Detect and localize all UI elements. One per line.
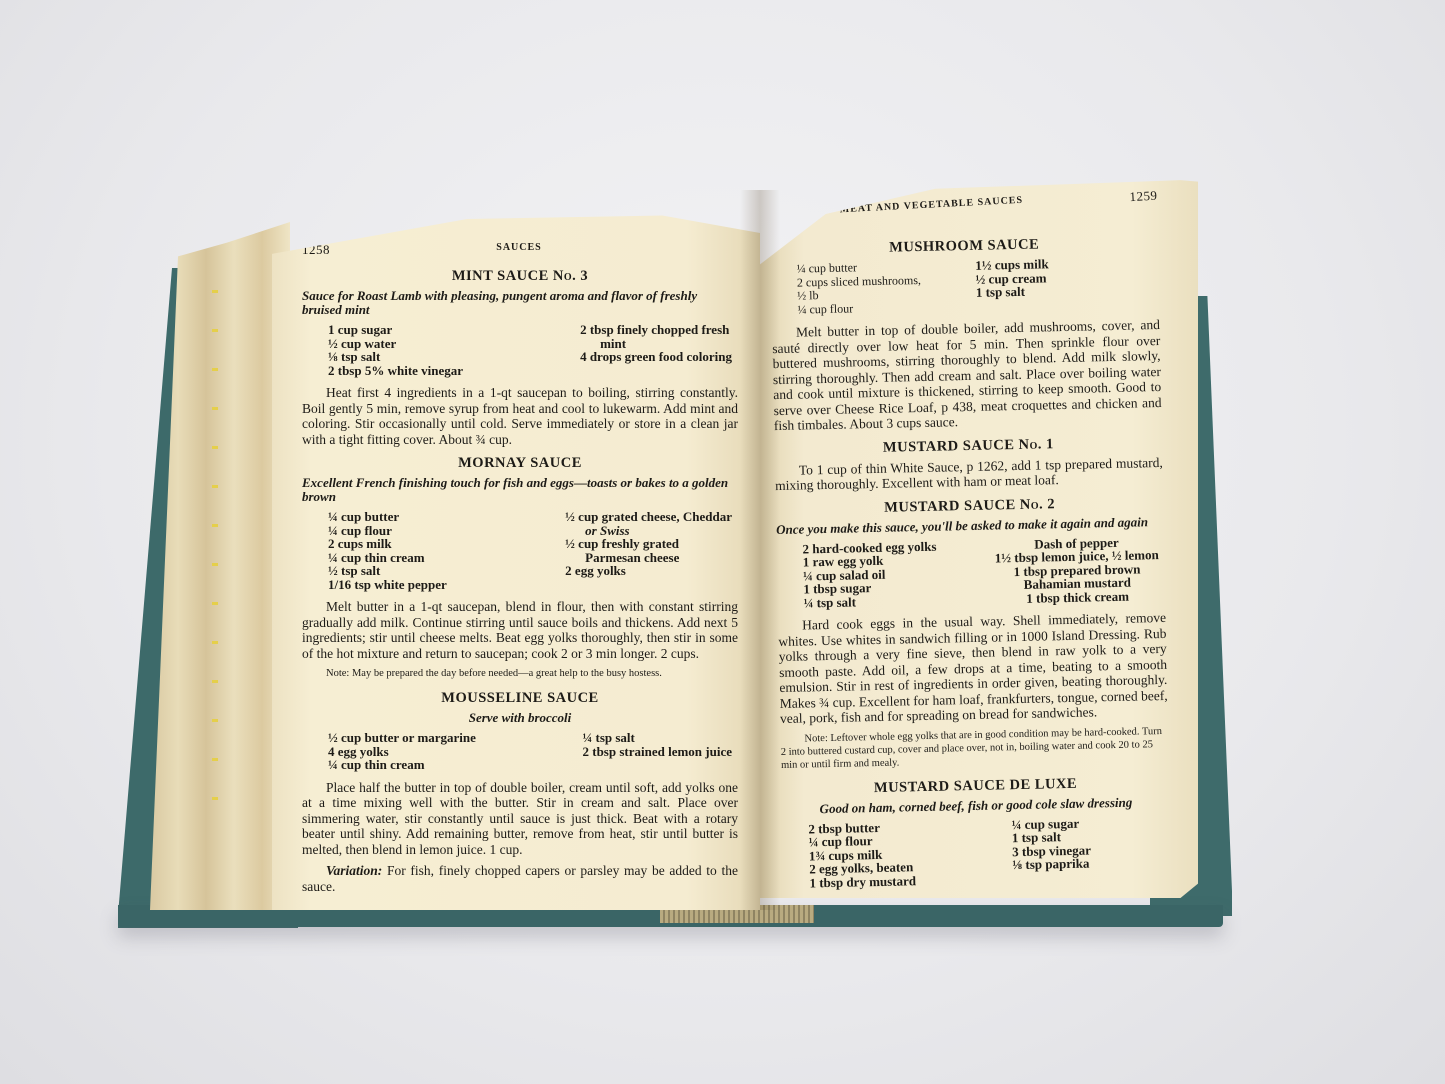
ingredient-list: ½ cup butter or margarine 4 egg yolks ¼ … <box>302 731 738 772</box>
ingredient: ½ cup butter or margarine <box>328 731 476 745</box>
recipe-method: Place half the butter in top of double b… <box>302 780 738 858</box>
ingredient: ¼ tsp salt <box>804 593 938 609</box>
ingredient: 2 tbsp 5% white vinegar <box>328 364 463 378</box>
recipe-mustard-sauce-1: MUSTARD SAUCE No. 1 To 1 cup of thin Whi… <box>774 433 1163 493</box>
section-title: SAUCES <box>496 242 541 258</box>
page-number: 1258 <box>302 242 330 258</box>
recipe-mousseline-sauce: MOUSSELINE SAUCE Serve with broccoli ½ c… <box>302 690 738 894</box>
ingredient-list: 2 tbsp butter ¼ cup flour 1¾ cups milk 2… <box>782 814 1171 890</box>
recipe-title: MINT SAUCE No. 3 <box>302 268 738 285</box>
ingredient: ¼ cup flour <box>797 300 921 316</box>
ingredient-list: 2 hard-cooked egg yolks 1 raw egg yolk ¼… <box>776 534 1165 610</box>
ingredient: 2 tbsp finely chopped fresh <box>580 323 732 337</box>
recipe-mustard-sauce-de-luxe: MUSTARD SAUCE DE LUXE Good on ham, corne… <box>781 773 1171 890</box>
recipe-subtitle: Excellent French finishing touch for fis… <box>302 476 738 504</box>
variation-label: Variation: <box>326 863 382 878</box>
ingredient: ½ cup freshly grated <box>565 537 732 551</box>
ingredient: 4 drops green food coloring <box>580 350 732 364</box>
recipe-mornay-sauce: MORNAY SAUCE Excellent French finishing … <box>302 455 738 680</box>
ingredient: ⅛ tsp salt <box>328 350 463 364</box>
running-head: MEAT AND VEGETABLE SAUCES 1259 <box>770 188 1158 224</box>
recipe-note: Note: Leftover whole egg yolks that are … <box>780 724 1169 771</box>
recipe-method: Melt butter in top of double boiler, add… <box>772 317 1162 434</box>
recipe-subtitle: Serve with broccoli <box>302 711 738 725</box>
ingredient: ¼ cup thin cream <box>328 758 476 772</box>
ingredient: Parmesan cheese <box>565 551 732 565</box>
right-page: MEAT AND VEGETABLE SAUCES 1259 MUSHROOM … <box>760 178 1198 898</box>
recipe-variation: Variation: For fish, finely chopped cape… <box>302 863 738 894</box>
recipe-note: Note: May be prepared the day before nee… <box>302 667 738 680</box>
recipe-title: MOUSSELINE SAUCE <box>302 690 738 707</box>
running-head: 1258 SAUCES <box>302 242 738 258</box>
recipe-subtitle: Sauce for Roast Lamb with pleasing, pung… <box>302 289 738 317</box>
ingredient: 1/16 tsp white pepper <box>328 578 447 592</box>
page-number: 1259 <box>1129 188 1158 205</box>
recipe-method: Melt butter in a 1-qt saucepan, blend in… <box>302 599 738 661</box>
left-page: 1258 SAUCES MINT SAUCE No. 3 Sauce for R… <box>272 212 760 910</box>
page-edge-marks <box>212 290 218 850</box>
ingredient: ¼ cup butter <box>328 510 447 524</box>
ingredient: ⅛ tsp paprika <box>1012 857 1091 872</box>
recipe-method: Heat first 4 ingredients in a 1-qt sauce… <box>302 385 738 447</box>
recipe-title: MORNAY SAUCE <box>302 455 738 472</box>
ingredient: 2 cups milk <box>328 537 447 551</box>
recipe-subtitle: Good on ham, corned beef, fish or good c… <box>782 794 1170 816</box>
recipe-method: Hard cook eggs in the usual way. Shell i… <box>778 610 1168 727</box>
ingredient: 1 tbsp dry mustard <box>809 874 916 890</box>
ingredient: ¼ cup thin cream <box>328 551 447 565</box>
right-page-content: MUSHROOM SAUCE ¼ cup butter 2 cups slice… <box>770 234 1171 890</box>
recipe-mushroom-sauce: MUSHROOM SAUCE ¼ cup butter 2 cups slice… <box>770 234 1162 434</box>
section-title: MEAT AND VEGETABLE SAUCES <box>839 195 1023 221</box>
ingredient: ¼ tsp salt <box>583 731 733 745</box>
ingredient-list: ¼ cup butter 2 cups sliced mushrooms, ½ … <box>771 255 1160 317</box>
ingredient: ½ tsp salt <box>328 564 447 578</box>
ingredient-list: 1 cup sugar ½ cup water ⅛ tsp salt 2 tbs… <box>302 323 738 377</box>
ingredient: 2 egg yolks <box>565 564 732 578</box>
ingredient: 4 egg yolks <box>328 745 476 759</box>
ingredient: ¼ cup flour <box>328 524 447 538</box>
recipe-subtitle: Once you make this sauce, you'll be aske… <box>776 514 1164 536</box>
ingredient: or Swiss <box>565 524 732 538</box>
recipe-method: To 1 cup of thin White Sauce, p 1262, ad… <box>775 454 1164 493</box>
photo-scene: 1258 SAUCES MINT SAUCE No. 3 Sauce for R… <box>0 0 1445 1084</box>
ingredient: 2 tbsp strained lemon juice <box>583 745 733 759</box>
recipe-mustard-sauce-2: MUSTARD SAUCE No. 2 Once you make this s… <box>776 493 1170 771</box>
ingredient: 1 tsp salt <box>976 284 1050 299</box>
ingredient: mint <box>580 337 732 351</box>
ingredient: ½ cup water <box>328 337 463 351</box>
ingredient-list: ¼ cup butter ¼ cup flour 2 cups milk ¼ c… <box>302 510 738 591</box>
ingredient: ½ cup grated cheese, Cheddar <box>565 510 732 524</box>
ingredient: 1 cup sugar <box>328 323 463 337</box>
ingredient: 1 tbsp thick cream <box>1026 589 1129 605</box>
recipe-mint-sauce: MINT SAUCE No. 3 Sauce for Roast Lamb wi… <box>302 268 738 447</box>
